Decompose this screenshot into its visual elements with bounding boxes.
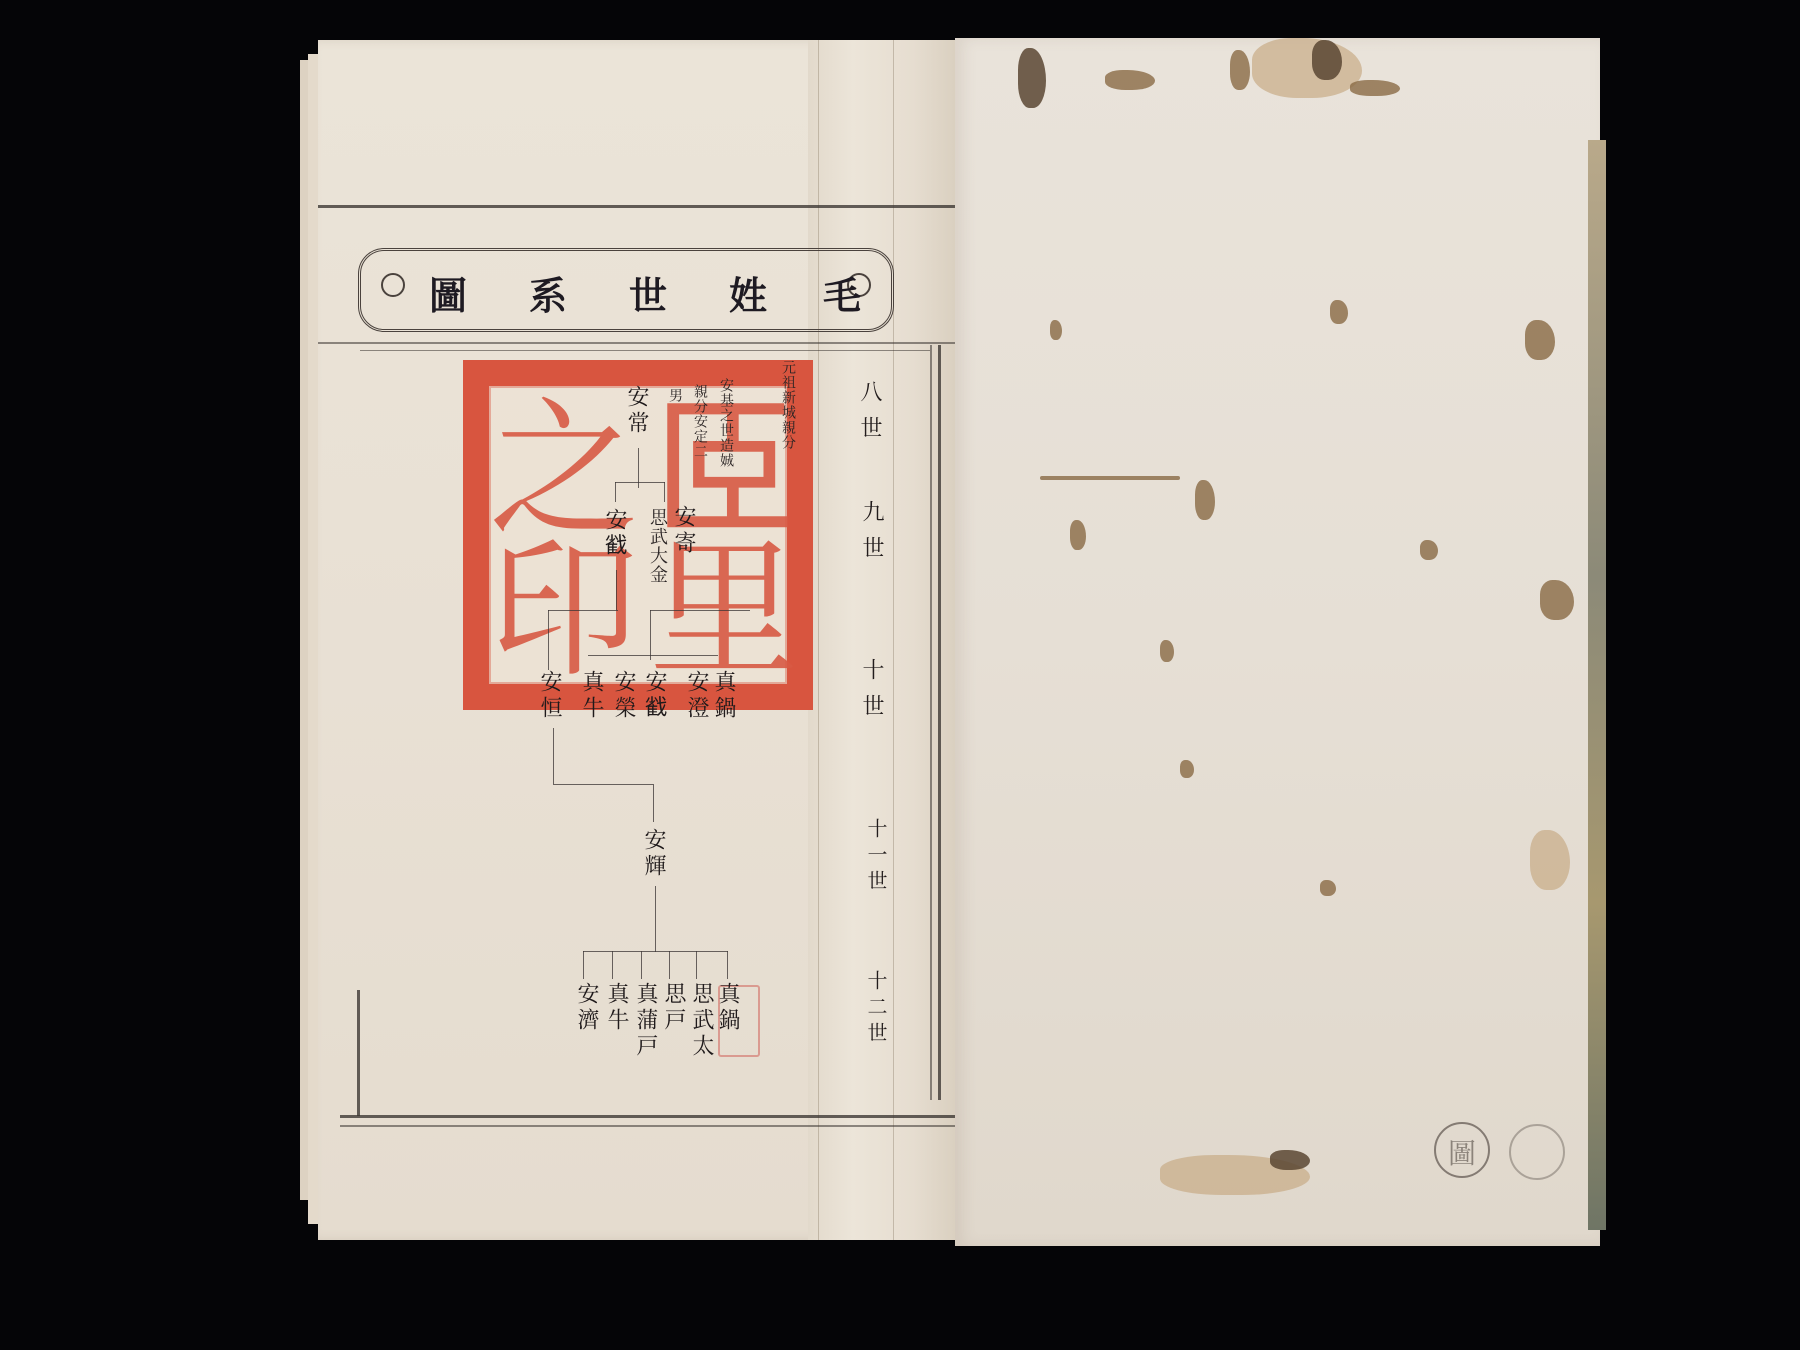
person-name: 安常 bbox=[625, 385, 647, 437]
annotation-col: 元祖新城親分 bbox=[781, 360, 795, 450]
stain bbox=[1312, 40, 1342, 80]
stain bbox=[1540, 580, 1574, 620]
stain bbox=[1420, 540, 1438, 560]
annotation-col: 男 bbox=[668, 388, 682, 403]
stain bbox=[1270, 1150, 1310, 1170]
generation-label: 十世 bbox=[860, 658, 882, 730]
cover-edge bbox=[1588, 140, 1606, 1230]
frame-right-inner bbox=[930, 345, 932, 1100]
stain bbox=[1525, 320, 1555, 360]
stain bbox=[1050, 320, 1062, 340]
frame-left bbox=[357, 990, 360, 1116]
right-page bbox=[955, 38, 1600, 1246]
stain bbox=[1320, 880, 1336, 896]
tree-connector bbox=[650, 610, 651, 660]
annotation-col: 安基之世造娍 bbox=[719, 378, 733, 468]
person-name: 真蒲戸 bbox=[634, 982, 656, 1060]
person-name: 安𢧵 bbox=[603, 508, 625, 560]
round-stamp: 圖 bbox=[1434, 1122, 1490, 1178]
generation-label: 九世 bbox=[860, 500, 882, 572]
tree-connector bbox=[727, 951, 728, 979]
generation-label: 十一世 bbox=[866, 818, 886, 896]
tree-connector bbox=[583, 951, 728, 952]
stain bbox=[1230, 50, 1250, 90]
tree-connector bbox=[548, 610, 618, 611]
person-name: 安𢧵 bbox=[643, 670, 665, 722]
tree-connector bbox=[612, 951, 613, 979]
cartouche-circle-left bbox=[381, 273, 405, 297]
stain bbox=[1160, 640, 1174, 662]
stain bbox=[1350, 80, 1400, 96]
tree-connector bbox=[641, 951, 642, 979]
stain bbox=[1195, 480, 1215, 520]
tree-connector bbox=[653, 784, 654, 822]
title-char: 毛 bbox=[823, 265, 861, 320]
tree-connector bbox=[616, 570, 617, 610]
person-name: 安輝 bbox=[642, 828, 664, 880]
person-name: 思戸 bbox=[662, 982, 684, 1034]
stain bbox=[1040, 476, 1180, 480]
tree-connector bbox=[655, 886, 656, 952]
title-char: 系 bbox=[529, 265, 567, 320]
round-stamp-empty bbox=[1509, 1124, 1565, 1180]
stain bbox=[1105, 70, 1155, 90]
frame-right bbox=[938, 345, 941, 1100]
tree-connector bbox=[669, 951, 670, 979]
title-char: 姓 bbox=[729, 265, 767, 320]
person-name: 安濟 bbox=[575, 982, 597, 1034]
title-cartouche: 圖 系 世 姓 毛 bbox=[358, 248, 894, 332]
generation-label: 八世 bbox=[858, 380, 880, 452]
tree-connector bbox=[588, 655, 718, 656]
frame-bottom bbox=[340, 1115, 955, 1118]
fold-line bbox=[818, 40, 819, 1240]
tree-connector bbox=[615, 482, 616, 502]
person-name: 真牛 bbox=[605, 982, 627, 1034]
tree-connector bbox=[650, 610, 750, 611]
person-name: 安恒 bbox=[538, 670, 560, 722]
person-name: 真牛 bbox=[580, 670, 602, 722]
tree-connector bbox=[583, 951, 584, 979]
person-name: 安寄 bbox=[672, 505, 694, 557]
tree-connector bbox=[664, 482, 665, 502]
tree-connector bbox=[553, 784, 653, 785]
generation-label: 十二世 bbox=[866, 970, 886, 1048]
person-name: 安榮 bbox=[612, 670, 634, 722]
frame-top bbox=[318, 205, 958, 208]
annotation-col: 親分安定二 bbox=[693, 384, 707, 459]
stain bbox=[1070, 520, 1086, 550]
frame-inner-top bbox=[360, 350, 930, 351]
tree-connector bbox=[548, 610, 549, 670]
tree-connector bbox=[615, 482, 665, 483]
frame-bottom-inner bbox=[340, 1125, 955, 1127]
person-name: 思武太 bbox=[690, 982, 712, 1060]
stain bbox=[1330, 300, 1348, 324]
tree-connector bbox=[553, 728, 554, 784]
tree-connector bbox=[696, 951, 697, 979]
spine-strip bbox=[808, 40, 958, 1240]
person-name: 安澄 bbox=[685, 670, 707, 722]
stamp-char: 圖 bbox=[1436, 1132, 1488, 1172]
title-char: 圖 bbox=[429, 265, 467, 320]
fold-line bbox=[893, 40, 894, 1240]
frame-header-divider bbox=[318, 342, 958, 344]
title-char: 世 bbox=[629, 265, 667, 320]
stain bbox=[1180, 760, 1194, 778]
person-name: 思武大金 bbox=[648, 508, 666, 584]
person-name: 真鍋 bbox=[716, 982, 738, 1034]
seal-glyph: 里 bbox=[649, 536, 799, 686]
person-name: 真鍋 bbox=[712, 670, 734, 722]
